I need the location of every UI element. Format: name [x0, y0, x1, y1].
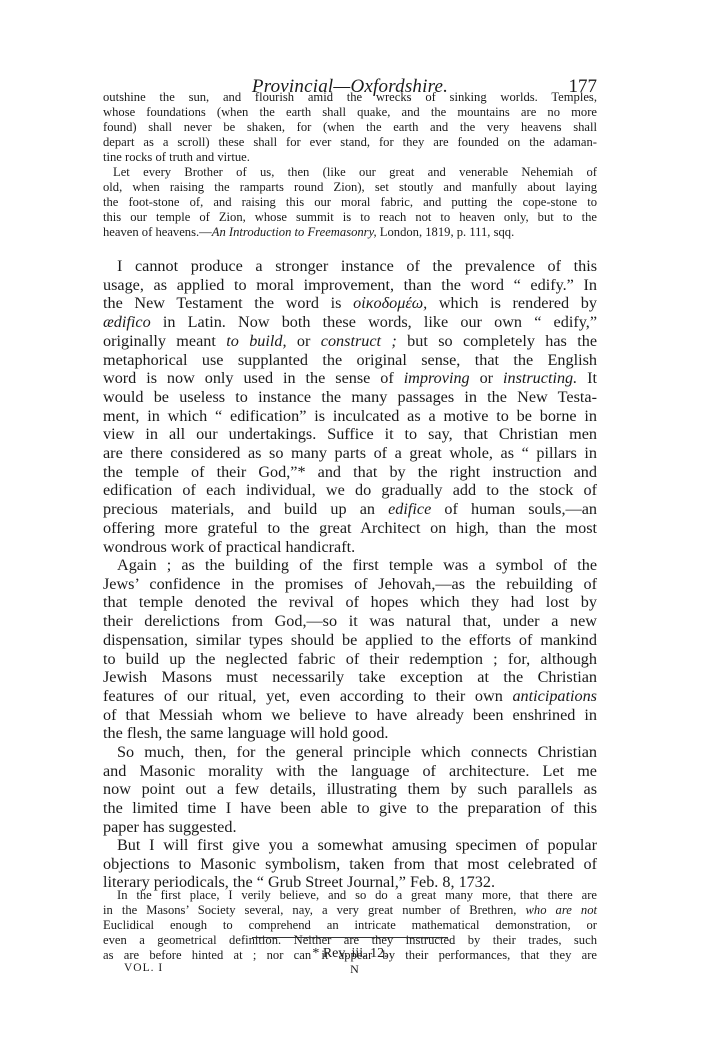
greek-word: οἰκοδομέω,	[353, 294, 427, 312]
text-line: Let every Brother of us, then (like our …	[103, 165, 597, 180]
text-line: are there considered as so many parts of…	[103, 444, 597, 463]
text-line: Euclidical enough to comprehend an intri…	[103, 918, 597, 933]
text-line: found) shall never be shaken, for (when …	[103, 120, 597, 135]
text-line: of that Messiah whom we believe to have …	[103, 706, 597, 725]
text-line: offering more grateful to the great Arch…	[103, 519, 597, 538]
signature-mark: N	[0, 962, 709, 977]
text-line: wondrous work of practical handicraft.	[103, 538, 597, 557]
text-line: metaphorical use supplanted the original…	[103, 351, 597, 370]
paragraph-1: I cannot produce a stronger instance of …	[103, 257, 597, 556]
text-line: edification of each individual, we do gr…	[103, 481, 597, 500]
footnote: * Rev. iii. 12.	[103, 946, 597, 962]
text-line: dispensation, similar types should be ap…	[103, 631, 597, 650]
text-line: the New Testament the word is οἰκοδομέω,…	[103, 294, 597, 313]
text-line: old, when raising the ramparts round Zio…	[103, 180, 597, 195]
text-line: view in all our undertakings. Suffice it…	[103, 425, 597, 444]
book-page: Provincial—Oxfordshire. 177 outshine the…	[0, 0, 709, 1057]
paragraph-4: But I will first give you a somewhat amu…	[103, 836, 597, 892]
text-line: word is now only used in the sense of im…	[103, 369, 597, 388]
text-line: Again ; as the building of the first tem…	[103, 556, 597, 575]
text-line: and Masonic morality with the language o…	[103, 762, 597, 781]
text-line: So much, then, for the general principle…	[103, 743, 597, 762]
text-line: Jews’ confidence in the promises of Jeho…	[103, 575, 597, 594]
text-line: now point out a few details, illustratin…	[103, 780, 597, 799]
citation-line: heaven of heavens.—An Introduction to Fr…	[103, 225, 597, 240]
text-line: whose foundations (when the earth shall …	[103, 105, 597, 120]
text-line: would be useless to instance the many pa…	[103, 388, 597, 407]
text-line: that temple denoted the revival of hopes…	[103, 593, 597, 612]
text-line: objections to Masonic symbolism, taken f…	[103, 855, 597, 874]
text-line: in the Masons’ Society several, nay, a v…	[103, 903, 597, 918]
text-line: outshine the sun, and flourish amid the …	[103, 90, 597, 105]
text-line: the flesh, the same language will hold g…	[103, 724, 597, 743]
text-line: I cannot produce a stronger instance of …	[103, 257, 597, 276]
text-line: Jewish Masons must necessarily take exce…	[103, 668, 597, 687]
text-line: their derelictions from God,—so it was n…	[103, 612, 597, 631]
text-line: ment, in which “ edification” is inculca…	[103, 407, 597, 426]
text-line: to build up the neglected fabric of thei…	[103, 650, 597, 669]
text-line: the temple of their God,”* and that by t…	[103, 463, 597, 482]
citation-title: An Introduction to Freemasonry,	[212, 225, 377, 239]
text-line: the limited time I have been able to giv…	[103, 799, 597, 818]
text-line: precious materials, and build up an edif…	[103, 500, 597, 519]
paragraph-2: Again ; as the building of the first tem…	[103, 556, 597, 743]
text-line: depart as a scroll) these shall for ever…	[103, 135, 597, 150]
paragraph-3: So much, then, for the general principle…	[103, 743, 597, 837]
text-line: But I will first give you a somewhat amu…	[103, 836, 597, 855]
quote-block-1: outshine the sun, and flourish amid the …	[103, 90, 597, 240]
text-line: usage, as applied to moral improvement, …	[103, 276, 597, 295]
text-line: ædifico in Latin. Now both these words, …	[103, 313, 597, 332]
text-line: features of our ritual, yet, even accord…	[103, 687, 597, 706]
text-line: paper has suggested.	[103, 818, 597, 837]
text-line: the foot-stone of, and raising this our …	[103, 195, 597, 210]
text-line: tine rocks of truth and virtue.	[103, 150, 597, 165]
text-line: this our temple of Zion, whose summit is…	[103, 210, 597, 225]
footnote-rule	[252, 937, 448, 938]
text-line: In the first place, I verily believe, an…	[103, 888, 597, 903]
text-line: originally meant to build, or construct …	[103, 332, 597, 351]
